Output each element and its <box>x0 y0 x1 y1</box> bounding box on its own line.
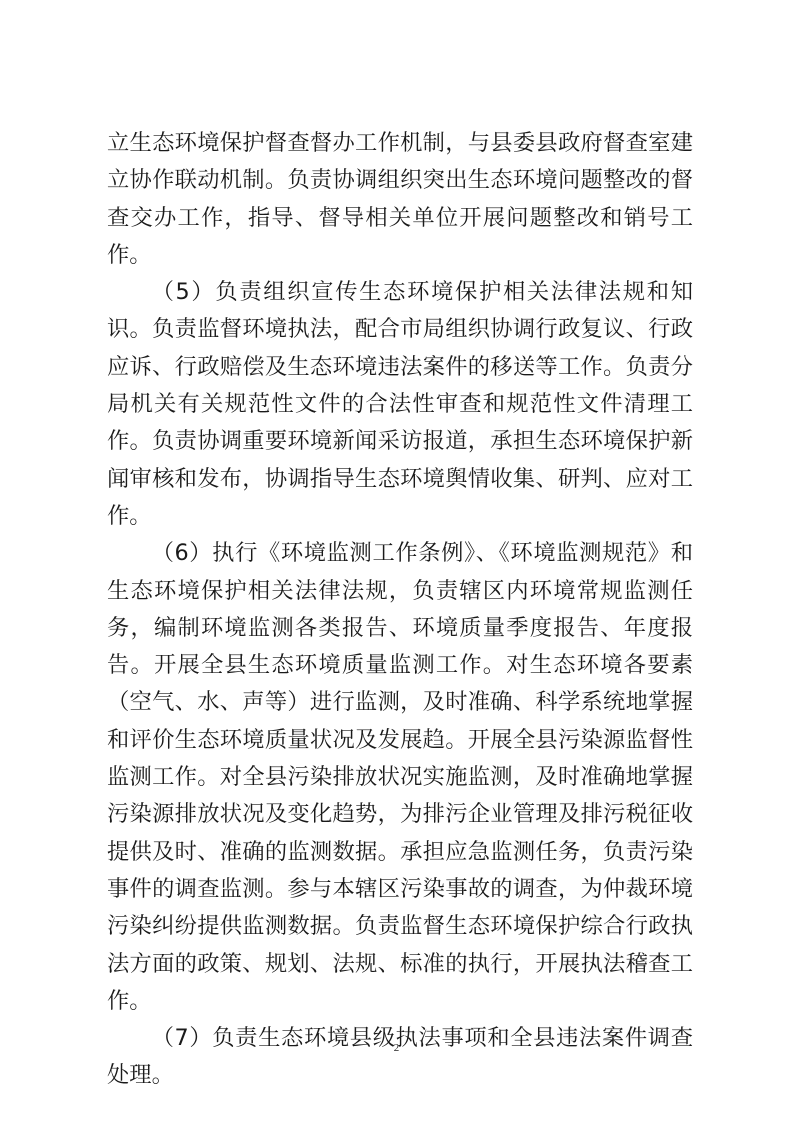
paragraph-item-6: （6）执行《环境监测工作条例》、《环境监测规范》和生态环境保护相关法律法规，负责… <box>107 535 693 1020</box>
document-body: 立生态环境保护督查督办工作机制，与县委县政府督查室建立协作联动机制。负责协调组织… <box>107 125 693 1095</box>
paragraph-item-5: （5）负责组织宣传生态环境保护相关法律法规和知识。负责监督环境执法，配合市局组织… <box>107 274 693 535</box>
page-number: 2 <box>0 1042 793 1054</box>
paragraph-item-7: （7）负责生态环境县级执法事项和全县违法案件调查处理。 <box>107 1020 693 1095</box>
paragraph-continuation: 立生态环境保护督查督办工作机制，与县委县政府督查室建立协作联动机制。负责协调组织… <box>107 125 693 274</box>
